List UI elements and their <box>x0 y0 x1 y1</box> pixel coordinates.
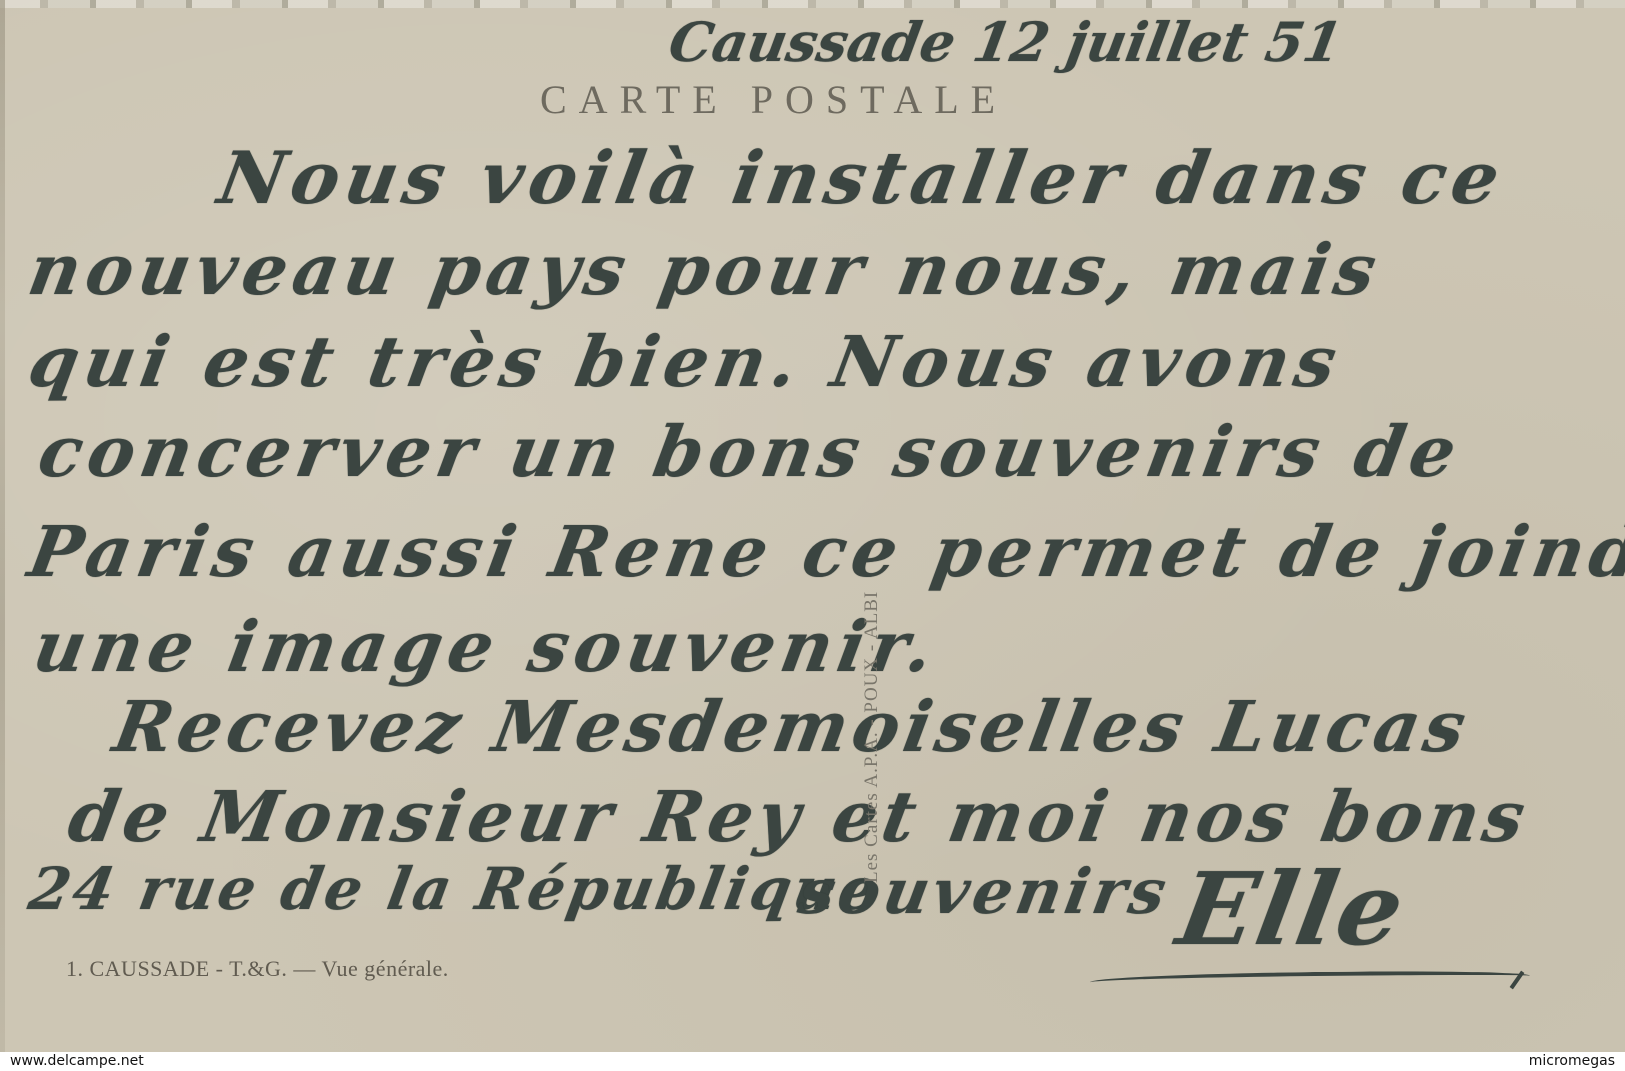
handwritten-line-6: une image souvenir. <box>28 605 946 688</box>
handwritten-line-5: Paris aussi Rene ce permet de joindre <box>23 510 1625 593</box>
handwritten-line-1: Nous voilà installer dans ce <box>213 135 1512 220</box>
handwritten-line-8: de Monsieur Rey et moi nos bons <box>63 775 1536 858</box>
signature: Elle <box>1170 850 1415 968</box>
handwritten-line-2: nouveau pays pour nous, mais <box>23 228 1389 311</box>
torn-top-edge <box>0 0 1625 8</box>
handwritten-line-7: Recevez Mesdemoiselles Lucas <box>108 685 1477 768</box>
watermark-strip <box>0 1052 1625 1071</box>
handwritten-line-4: concerver un bons souvenirs de <box>33 410 1469 493</box>
handwritten-address-line: 24 rue de la République <box>24 855 885 923</box>
watermark-left: www.delcampe.net <box>10 1052 144 1071</box>
printed-header: CARTE POSTALE <box>540 76 1007 123</box>
card-left-edge <box>0 0 5 1052</box>
postcard: CARTE POSTALE Caussade 12 juillet 51 Nou… <box>0 0 1625 1052</box>
watermark-right: micromegas <box>1529 1052 1615 1071</box>
publisher-line: Les Cartes A.P.A. - POUX - ALBI <box>861 323 883 883</box>
signature-flourish <box>1090 970 1530 988</box>
handwritten-line-10: souvenirs <box>794 855 1176 928</box>
handwritten-line-3: qui est très bien. Nous avons <box>23 320 1349 403</box>
handwritten-date-line: Caussade 12 juillet 51 <box>664 10 1347 74</box>
printed-caption: 1. CAUSSADE - T.&G. — Vue générale. <box>66 956 449 982</box>
